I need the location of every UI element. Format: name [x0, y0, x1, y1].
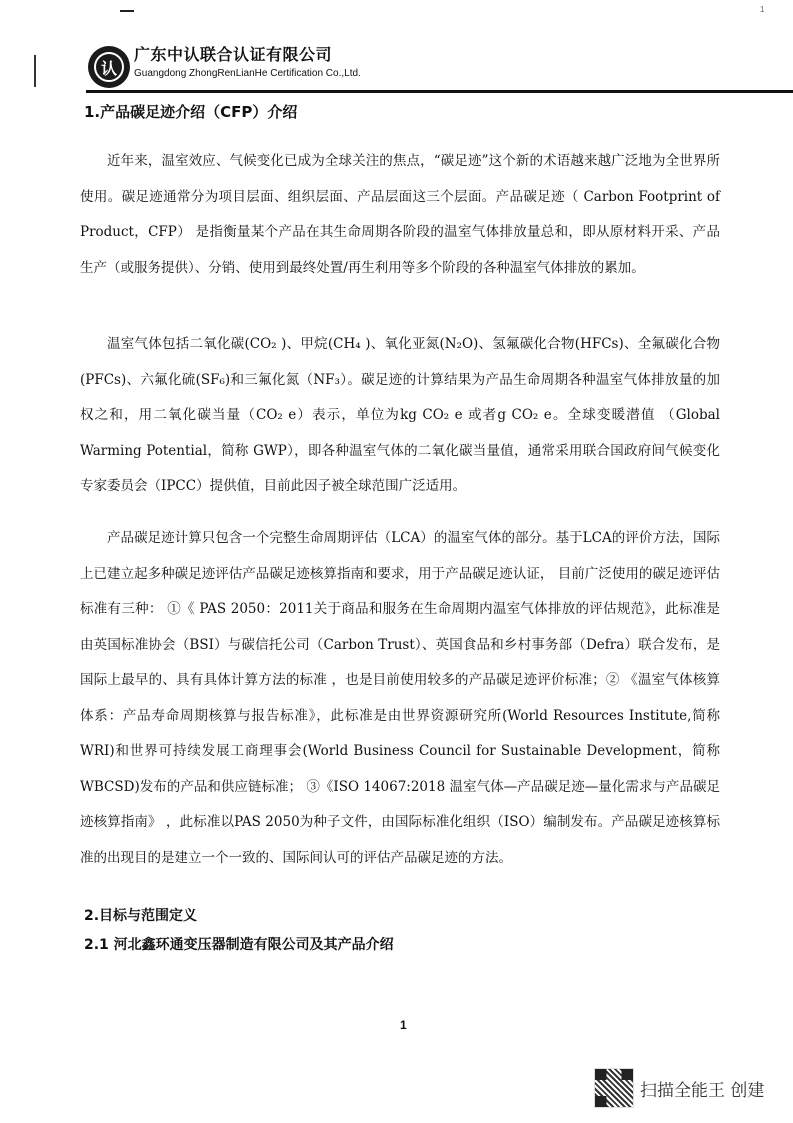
corner-page-number: 1: [760, 5, 764, 14]
paragraph-text: 温室气体包括二氧化碳(CO₂ )、甲烷(CH₄ )、氧化亚氮(N₂O)、氢氟碳化…: [80, 327, 720, 505]
company-logo-icon: 认: [88, 46, 130, 88]
page-number: 1: [400, 1018, 407, 1032]
paragraph-1: 近年来，温室效应、气候变化已成为全球关注的焦点，“碳足迹”这个新的术语越来越广泛…: [80, 144, 720, 286]
paragraph-text: 近年来，温室效应、气候变化已成为全球关注的焦点，“碳足迹”这个新的术语越来越广泛…: [80, 144, 720, 286]
watermark-text: 扫描全能王 创建: [640, 1076, 764, 1101]
logo-glyph: 认: [94, 52, 124, 82]
section-2-heading: 2.目标与范围定义: [84, 905, 197, 925]
scan-mark: [120, 10, 134, 12]
header-divider: [86, 90, 793, 93]
section-1-heading: 1.产品碳足迹介绍（CFP）介绍: [84, 101, 297, 122]
qr-code-icon: [594, 1068, 634, 1108]
paragraph-2: 温室气体包括二氧化碳(CO₂ )、甲烷(CH₄ )、氧化亚氮(N₂O)、氢氟碳化…: [80, 327, 720, 505]
letterhead: 认 广东中认联合认证有限公司 Guangdong ZhongRenLianHe …: [88, 40, 793, 92]
paragraph-text: 产品碳足迹计算只包含一个完整生命周期评估（LCA）的温室气体的部分。基于LCA的…: [80, 521, 720, 876]
section-2-1-heading: 2.1 河北鑫环通变压器制造有限公司及其产品介绍: [84, 934, 394, 954]
company-name-en: Guangdong ZhongRenLianHe Certification C…: [134, 68, 361, 79]
company-name-cn: 广东中认联合认证有限公司: [134, 42, 332, 65]
paragraph-3: 产品碳足迹计算只包含一个完整生命周期评估（LCA）的温室气体的部分。基于LCA的…: [80, 521, 720, 876]
scanner-watermark: 扫描全能王 创建: [594, 1068, 764, 1108]
binding-mark: [34, 55, 36, 87]
